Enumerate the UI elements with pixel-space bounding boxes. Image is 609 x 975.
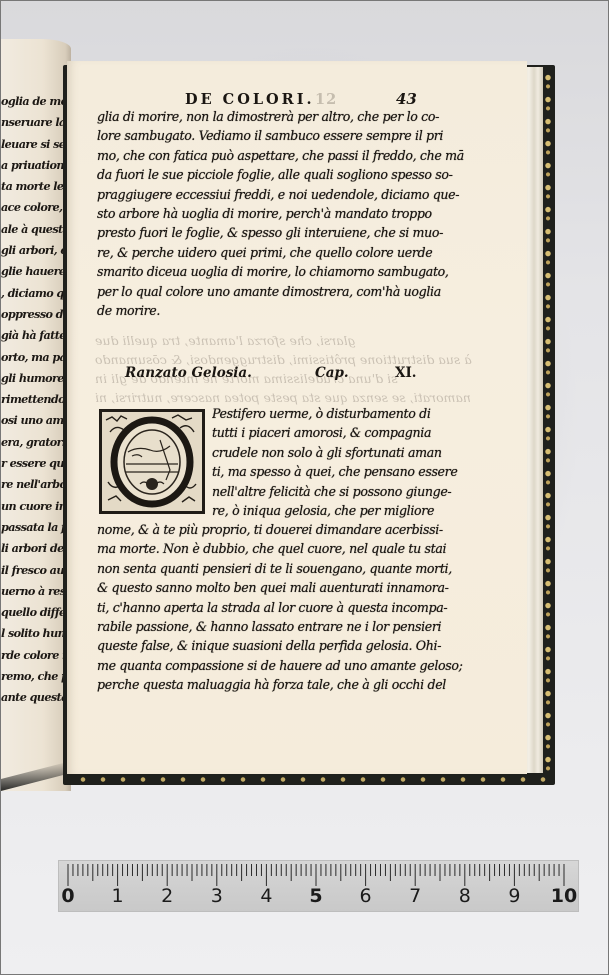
- text-line: & questo sanno molto ben quei mali auent…: [97, 578, 509, 597]
- text-line: il fresco auuen: [1, 560, 67, 581]
- text-line: a priuatione di: [1, 155, 67, 176]
- text-line: oglia de morir: [1, 91, 67, 112]
- text-line: r essere questo: [1, 453, 67, 474]
- gilt-border-bottom: [73, 774, 551, 783]
- chapter-title-word-2: Gelosia.: [191, 365, 251, 381]
- ruler-label: 0: [61, 885, 74, 907]
- text-line: remo, che pre: [1, 666, 67, 687]
- text-line: lore sambugato. Vediamo il sambuco esser…: [97, 126, 509, 145]
- text-line: gli arbori, che: [1, 240, 67, 261]
- text-line: glie hauere per: [1, 261, 67, 282]
- text-line: tutti i piaceri amorosi, & compagnia: [212, 423, 502, 442]
- ruler-label: 6: [360, 885, 372, 907]
- text-line: oppresso d'af-: [1, 304, 67, 325]
- ruler-label: 10: [551, 885, 577, 907]
- text-line: perche questa maluaggia hà forza tale, c…: [97, 675, 509, 694]
- text-line: re nell'arbore,: [1, 474, 67, 495]
- text-line: praggiugere eccessiui freddi, e noi uede…: [97, 185, 509, 204]
- ruler-label: 5: [309, 885, 322, 907]
- gilt-border-right: [543, 71, 553, 771]
- text-line: re, ò iniqua gelosia, che per migliore: [212, 501, 502, 520]
- chapter-number: XI.: [395, 365, 417, 381]
- paragraph-1: glia di morire, non la dimostrerà per al…: [97, 107, 509, 320]
- text-line: rde colore ne: [1, 645, 67, 666]
- text-line: passata la frut: [1, 517, 67, 538]
- show-through-line: glarsi, che sforza l'amante, tra quelli …: [95, 333, 356, 348]
- chapter-title: Ranzato Gelosia.: [125, 365, 252, 381]
- right-page: glarsi, che sforza l'amante, tra quelli …: [67, 61, 527, 774]
- text-line: già hà fatte le: [1, 325, 67, 346]
- text-line: smarito diceua uoglia di morire, lo chia…: [97, 262, 509, 281]
- show-through-line: namorati, se senza que sta peste potea n…: [95, 390, 471, 405]
- ruler-label: 7: [409, 885, 421, 907]
- text-line: me quanta compassione si de hauere ad un…: [97, 656, 509, 675]
- ruler-label: 8: [459, 885, 471, 907]
- text-line: nseruare la uit: [1, 112, 67, 133]
- text-line: quello differ-: [1, 602, 67, 623]
- text-line: ti, c'hanno aperta la strada al lor cuor…: [97, 598, 509, 617]
- paragraph-2: Pestifero uerme, ò disturbamento ditutti…: [212, 404, 502, 520]
- text-line: Pestifero uerme, ò disturbamento di: [212, 404, 502, 423]
- text-line: li arbori de lor: [1, 538, 67, 559]
- paragraph-3: nome, & à te più proprio, ti douerei dim…: [97, 520, 509, 695]
- text-line: l solito humo-: [1, 623, 67, 644]
- page-number: 43: [396, 90, 417, 108]
- text-line: mo, che con fatica può aspettare, che pa…: [97, 146, 509, 165]
- text-line: ti, ma spesso à quei, che pensano essere: [212, 462, 502, 481]
- running-head-title: DE COLORI.: [185, 91, 315, 108]
- text-line: crudele non solo à gli sfortunati aman: [212, 443, 502, 462]
- ruler-label: 1: [112, 885, 124, 907]
- ruler-label: 9: [508, 885, 520, 907]
- text-line: ace colore, che: [1, 197, 67, 218]
- text-line: rimettendone: [1, 389, 67, 410]
- scale-ruler: 012345678910: [58, 860, 579, 912]
- text-line: ante questa uo: [1, 687, 67, 708]
- text-line: re, & perche uidero quei primi, che quel…: [97, 243, 509, 262]
- text-line: da fuori le sue picciole foglie, alle qu…: [97, 165, 509, 184]
- text-line: uerno à restrin: [1, 581, 67, 602]
- text-line: orto, ma pare,: [1, 347, 67, 368]
- text-line: era, gratori-: [1, 432, 67, 453]
- ruler-label: 3: [211, 885, 223, 907]
- text-line: ale à questo (di: [1, 219, 67, 240]
- text-line: per lo qual colore uno amante dimostrera…: [97, 282, 509, 301]
- ruler-label: 2: [161, 885, 173, 907]
- text-line: de morire.: [97, 301, 509, 320]
- text-line: queste false, & inique suasioni della pe…: [97, 636, 509, 655]
- ruler-label: 4: [260, 885, 272, 907]
- chapter-label: Cap.: [315, 365, 349, 381]
- text-line: gli humore, se: [1, 368, 67, 389]
- text-line: nome, & à te più proprio, ti douerei dim…: [97, 520, 509, 539]
- text-line: ta morte le con: [1, 176, 67, 197]
- text-line: non senta quanti pensieri di te li souen…: [97, 559, 509, 578]
- decorated-initial-o: [99, 409, 205, 514]
- text-line: nell'altre felicità che si possono giung…: [212, 482, 502, 501]
- text-line: , diciamo quel-: [1, 283, 67, 304]
- text-line: rabile passione, & hanno lassato entrare…: [97, 617, 509, 636]
- left-page: oglia de morirnseruare la uitleuare si s…: [1, 39, 71, 791]
- text-line: presto fuori le foglie, & spesso gli int…: [97, 223, 509, 242]
- text-line: leuare si sento: [1, 134, 67, 155]
- chapter-title-word-1: Ranzato: [125, 365, 187, 381]
- text-line: osi uno amante: [1, 410, 67, 431]
- text-line: sto arbore hà uoglia di morire, perch'à …: [97, 204, 509, 223]
- text-line: glia di morire, non la dimostrerà per al…: [97, 107, 509, 126]
- woodcut-initial-icon: [102, 412, 202, 511]
- text-line: un cuore inna-: [1, 496, 67, 517]
- text-line: ma morte. Non è dubbio, che quel cuore, …: [97, 539, 509, 558]
- left-page-text: oglia de morirnseruare la uitleuare si s…: [1, 91, 67, 709]
- show-through-mark: 12: [315, 91, 337, 108]
